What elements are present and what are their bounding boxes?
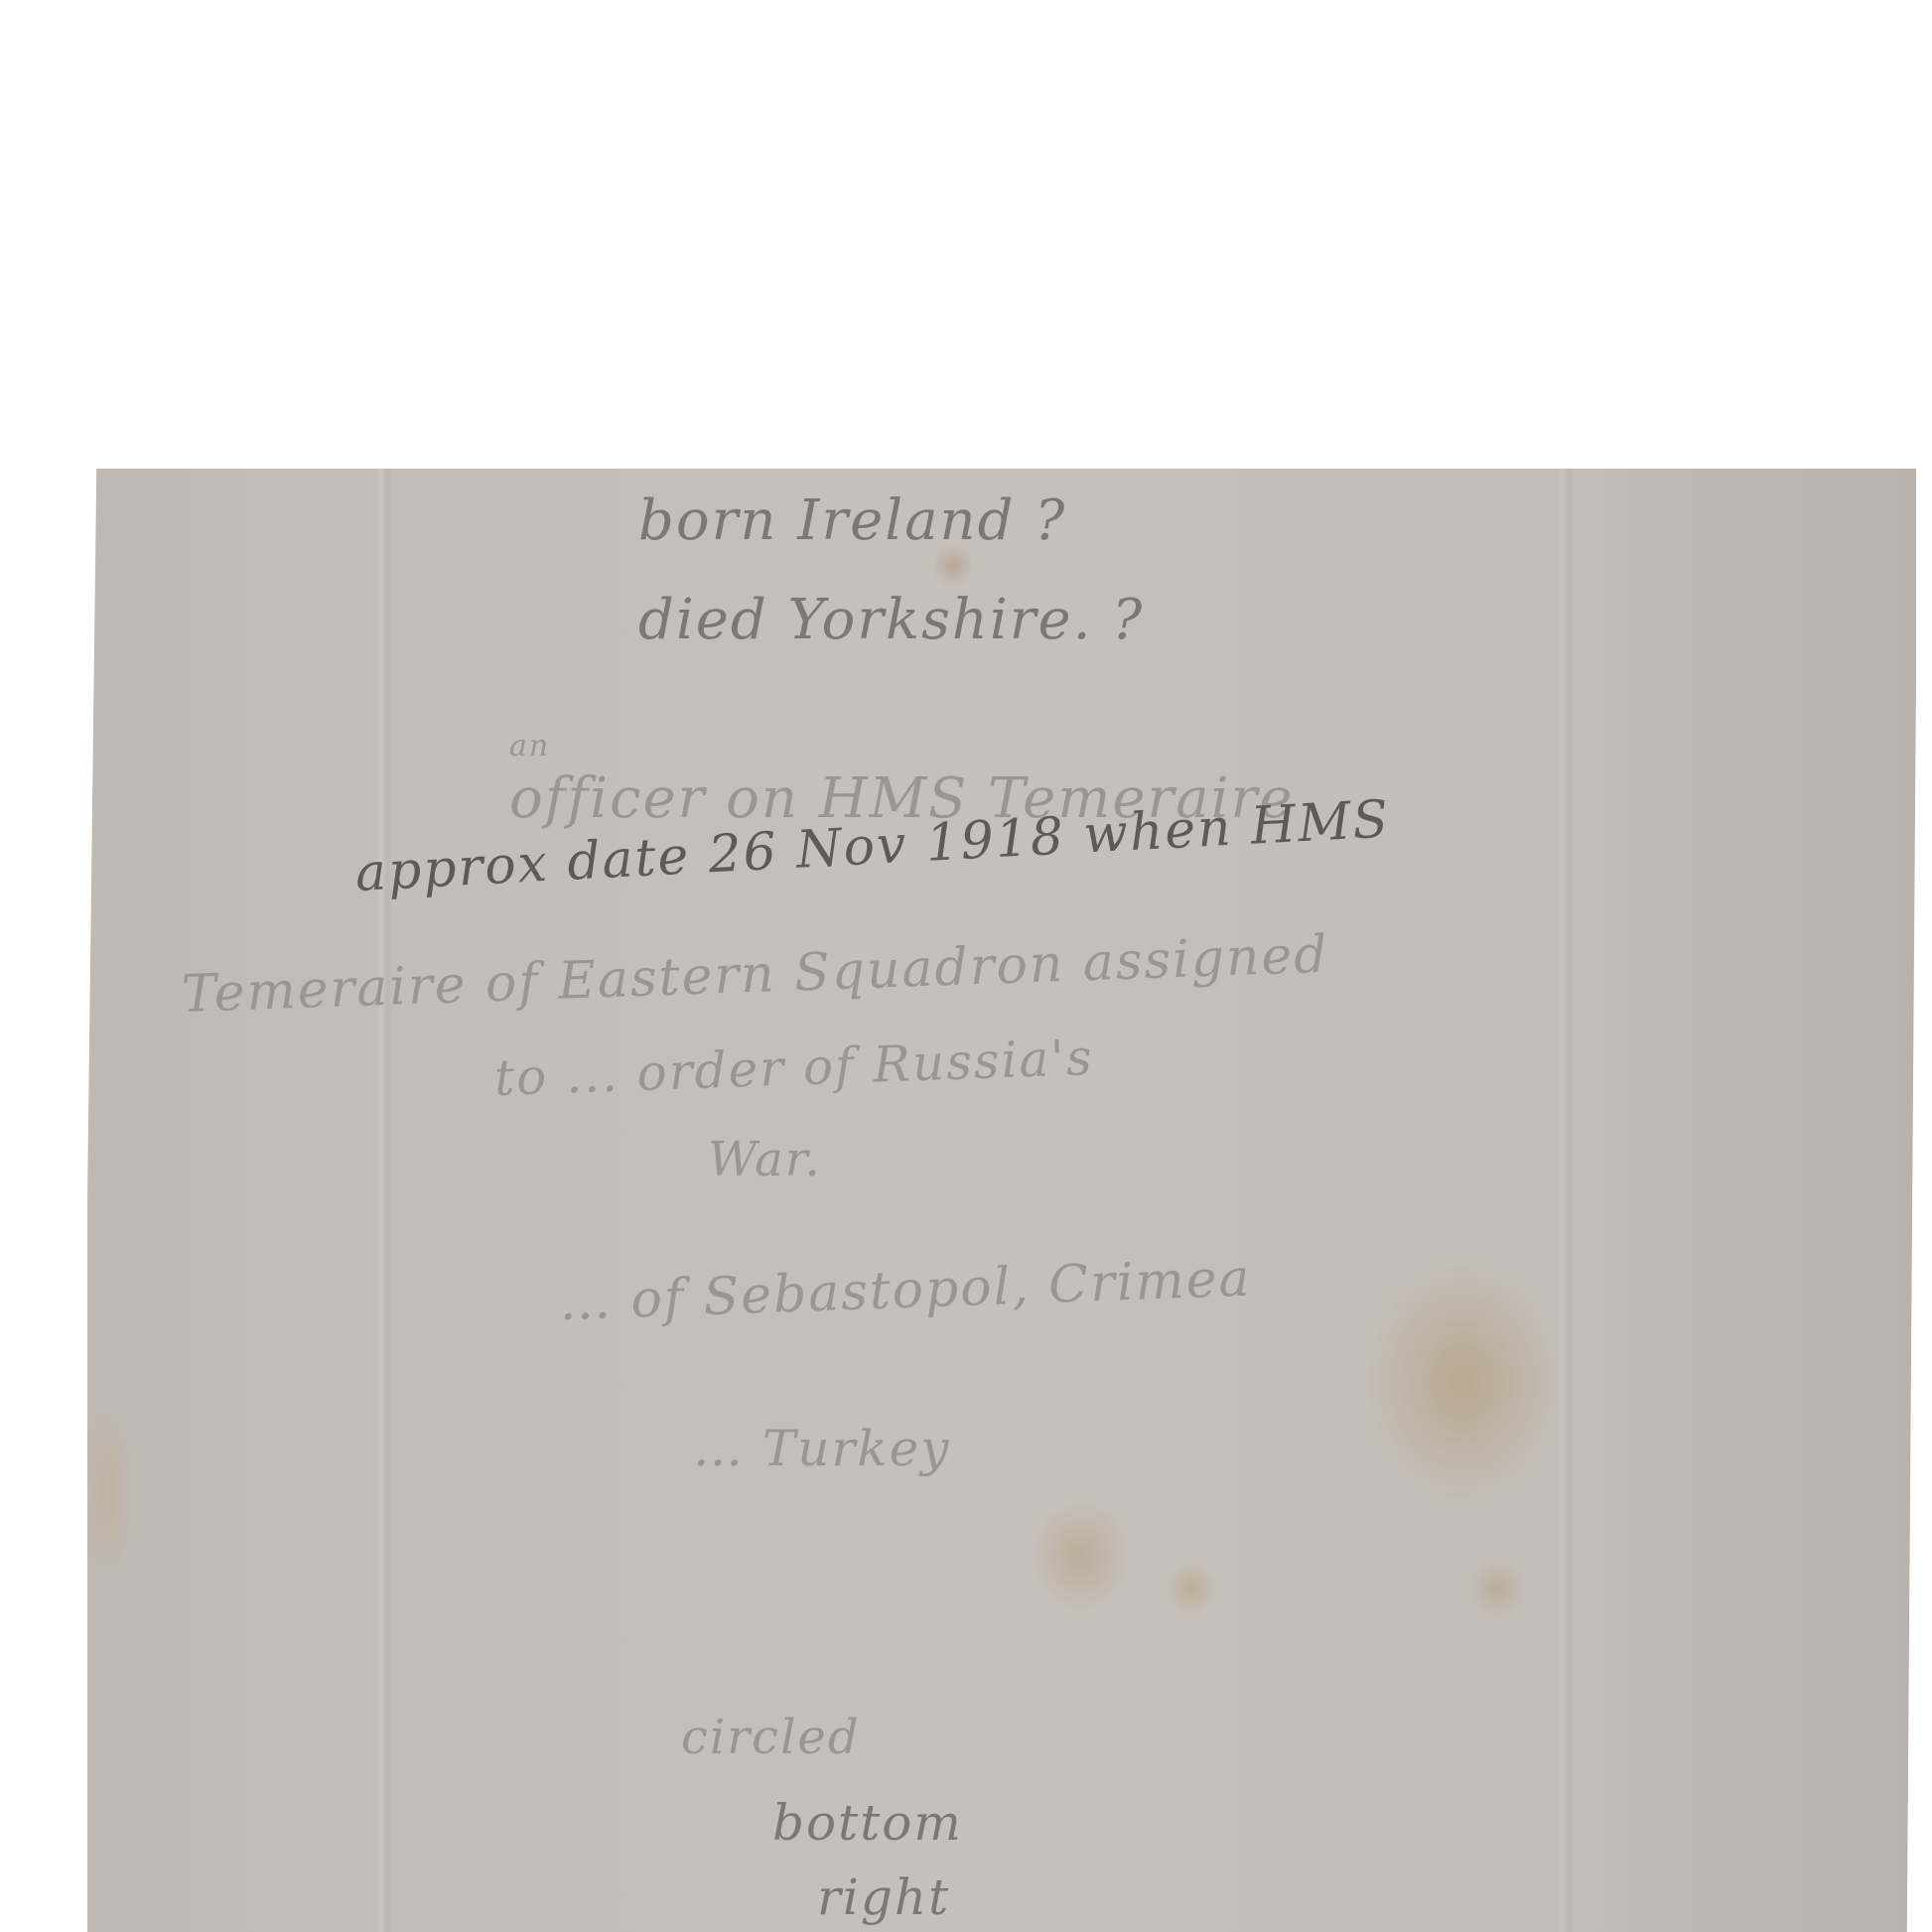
note-line-turkey: … Turkey: [693, 1420, 950, 1477]
paper-fold: [1557, 469, 1575, 1932]
note-line-squadron: Temeraire of Eastern Squadron assigned: [181, 925, 1330, 1025]
note-line-an: an: [509, 729, 550, 763]
note-line-sebastopol: … of Sebastopol, Crimea: [558, 1249, 1252, 1332]
note-line-right: right: [817, 1868, 950, 1926]
note-line-war: War.: [708, 1132, 822, 1187]
note-line-circled: circled: [681, 1710, 861, 1765]
note-line-order: to ... order of Russia's: [493, 1029, 1095, 1107]
note-line-died: died Yorkshire. ?: [638, 588, 1144, 652]
paper-document: born Ireland ? died Yorkshire. ? an offi…: [87, 469, 1916, 1932]
note-line-born: born Ireland ?: [638, 488, 1066, 553]
paper-fold: [375, 469, 393, 1932]
note-line-bottom: bottom: [772, 1794, 963, 1852]
